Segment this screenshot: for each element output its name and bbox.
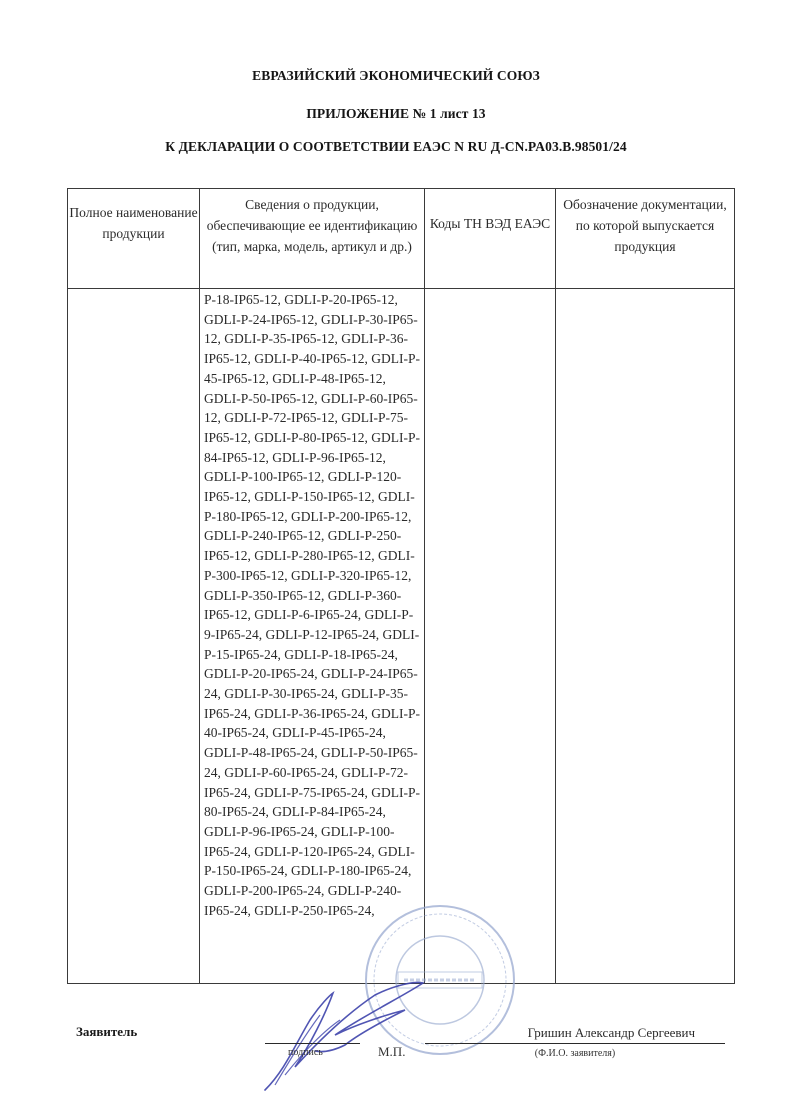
appendix-title: ПРИЛОЖЕНИЕ № 1 лист 13 (0, 106, 792, 122)
applicant-name: Гришин Александр Сергеевич (425, 1025, 725, 1041)
signature-caption: подпись (288, 1047, 323, 1058)
header-tn-ved-text: Коды ТН ВЭД ЕАЭС (425, 189, 555, 234)
signature-icon (255, 975, 425, 1095)
cell-product-name (68, 289, 200, 984)
product-table: Полное наименование продукции Сведения о… (67, 188, 735, 984)
header-product-name: Полное наименование продукции (68, 189, 200, 289)
header-identification-text: Сведения о продукции, обеспечивающие ее … (200, 189, 424, 257)
header-documentation: Обозначение документации, по которой вып… (556, 189, 735, 289)
cell-tn-ved (425, 289, 556, 984)
union-title: ЕВРАЗИЙСКИЙ ЭКОНОМИЧЕСКИЙ СОЮЗ (0, 68, 792, 84)
seal-caption: М.П. (378, 1044, 405, 1060)
applicant-label: Заявитель (76, 1024, 137, 1040)
header-product-name-text: Полное наименование продукции (68, 189, 199, 244)
name-caption: (Ф.И.О. заявителя) (425, 1048, 725, 1059)
header-tn-ved: Коды ТН ВЭД ЕАЭС (425, 189, 556, 289)
declaration-title: К ДЕКЛАРАЦИИ О СООТВЕТСТВИИ ЕАЭС N RU Д-… (0, 139, 792, 155)
cell-identification: P-18-IP65-12, GDLI-P-20-IP65-12, GDLI-P-… (200, 289, 425, 984)
signature-line (265, 1043, 360, 1044)
header-documentation-text: Обозначение документации, по которой вып… (556, 189, 734, 257)
table-header-row: Полное наименование продукции Сведения о… (68, 189, 735, 289)
name-line (425, 1043, 725, 1044)
cell-documentation (556, 289, 735, 984)
table-row: P-18-IP65-12, GDLI-P-20-IP65-12, GDLI-P-… (68, 289, 735, 984)
header-identification: Сведения о продукции, обеспечивающие ее … (200, 189, 425, 289)
